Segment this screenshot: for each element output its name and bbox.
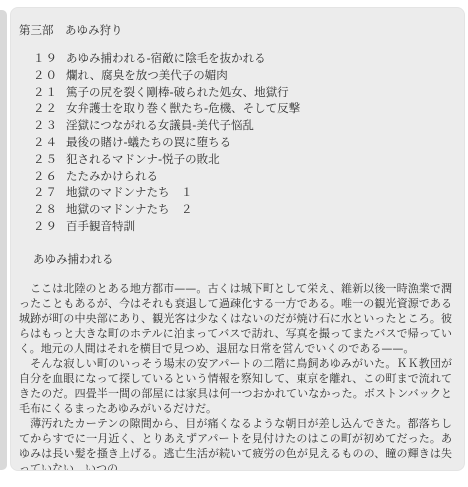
toc-item: ２０ 爛れ、腐臭を放つ美代子の媚肉 — [33, 67, 452, 84]
paragraph: ここは北陸のとある地方都市——。古くは城下町として栄え、維新以後一時漁業で潤った… — [19, 281, 452, 356]
toc-item: ２８ 地獄のマドンナたち ２ — [33, 201, 452, 218]
chapter-number: ２８ — [33, 201, 57, 218]
screenshot-root: { "colors": { "page_bg": "#ffffff", "car… — [0, 0, 468, 487]
toc-item: ２５ 犯されるマドンナ-悦子の敗北 — [33, 151, 452, 168]
toc-item: １９ あゆみ捕われる-宿敵に陰毛を抜かれる — [33, 50, 452, 67]
chapter-title: 犯されるマドンナ-悦子の敗北 — [66, 151, 220, 168]
left-page-edge-strip — [0, 10, 7, 470]
chapter-title: 篤子の尻を裂く剛棒-破られた処女、地獄行 — [66, 84, 289, 101]
chapter-number: ２６ — [33, 168, 57, 185]
chapter-title: 百手観音特訓 — [66, 218, 135, 235]
chapter-title: 最後の賭け-蟻たちの罠に堕ちる — [66, 134, 231, 151]
chapter-number: １９ — [33, 50, 57, 67]
chapter-number: ２７ — [33, 184, 57, 201]
chapter-number: ２０ — [33, 67, 57, 84]
toc-item: ２３ 淫獄につながれる女議員-美代子悩乱 — [33, 117, 452, 134]
chapter-number: ２３ — [33, 117, 57, 134]
chapter-title: たたみかけられる — [66, 168, 158, 185]
chapter-number: ２５ — [33, 151, 57, 168]
chapter-title: 地獄のマドンナたち ２ — [66, 201, 193, 218]
chapter-number: ２２ — [33, 100, 57, 117]
toc-item: ２７ 地獄のマドンナたち １ — [33, 184, 452, 201]
chapter-title: 爛れ、腐臭を放つ美代子の媚肉 — [66, 67, 228, 84]
paragraph: 薄汚れたカーテンの隙間から、目が痛くなるような朝日が差し込んできた。都落ちしてか… — [19, 416, 452, 471]
toc-item: ２２ 女弁護士を取り巻く獣たち-危機、そして反撃 — [33, 100, 452, 117]
chapter-title: 女弁護士を取り巻く獣たち-危機、そして反撃 — [66, 100, 300, 117]
toc-item: ２６ たたみかけられる — [33, 168, 452, 185]
chapter-title: 淫獄につながれる女議員-美代子悩乱 — [66, 117, 254, 134]
section-heading: あゆみ捕われる — [33, 252, 452, 266]
toc-item: ２４ 最後の賭け-蟻たちの罠に堕ちる — [33, 134, 452, 151]
chapter-number: ２１ — [33, 84, 57, 101]
chapter-toc: １９ あゆみ捕われる-宿敵に陰毛を抜かれる ２０ 爛れ、腐臭を放つ美代子の媚肉 … — [33, 50, 452, 235]
chapter-title: 地獄のマドンナたち １ — [66, 184, 193, 201]
toc-item: ２９ 百手観音特訓 — [33, 218, 452, 235]
part-title: 第三部 あゆみ狩り — [19, 23, 452, 37]
paragraph: そんな寂しい町のいっそう場末の安アパートの二階に鳥飼あゆみがいた。ＫＫ教団が自分… — [19, 356, 452, 416]
chapter-number: ２９ — [33, 218, 57, 235]
chapter-number: ２４ — [33, 134, 57, 151]
chapter-title: あゆみ捕われる-宿敵に陰毛を抜かれる — [66, 50, 266, 67]
text-page-card: 第三部 あゆみ狩り １９ あゆみ捕われる-宿敵に陰毛を抜かれる ２０ 爛れ、腐臭… — [10, 7, 465, 471]
body-text: ここは北陸のとある地方都市——。古くは城下町として栄え、維新以後一時漁業で潤った… — [19, 281, 452, 471]
toc-item: ２１ 篤子の尻を裂く剛棒-破られた処女、地獄行 — [33, 84, 452, 101]
